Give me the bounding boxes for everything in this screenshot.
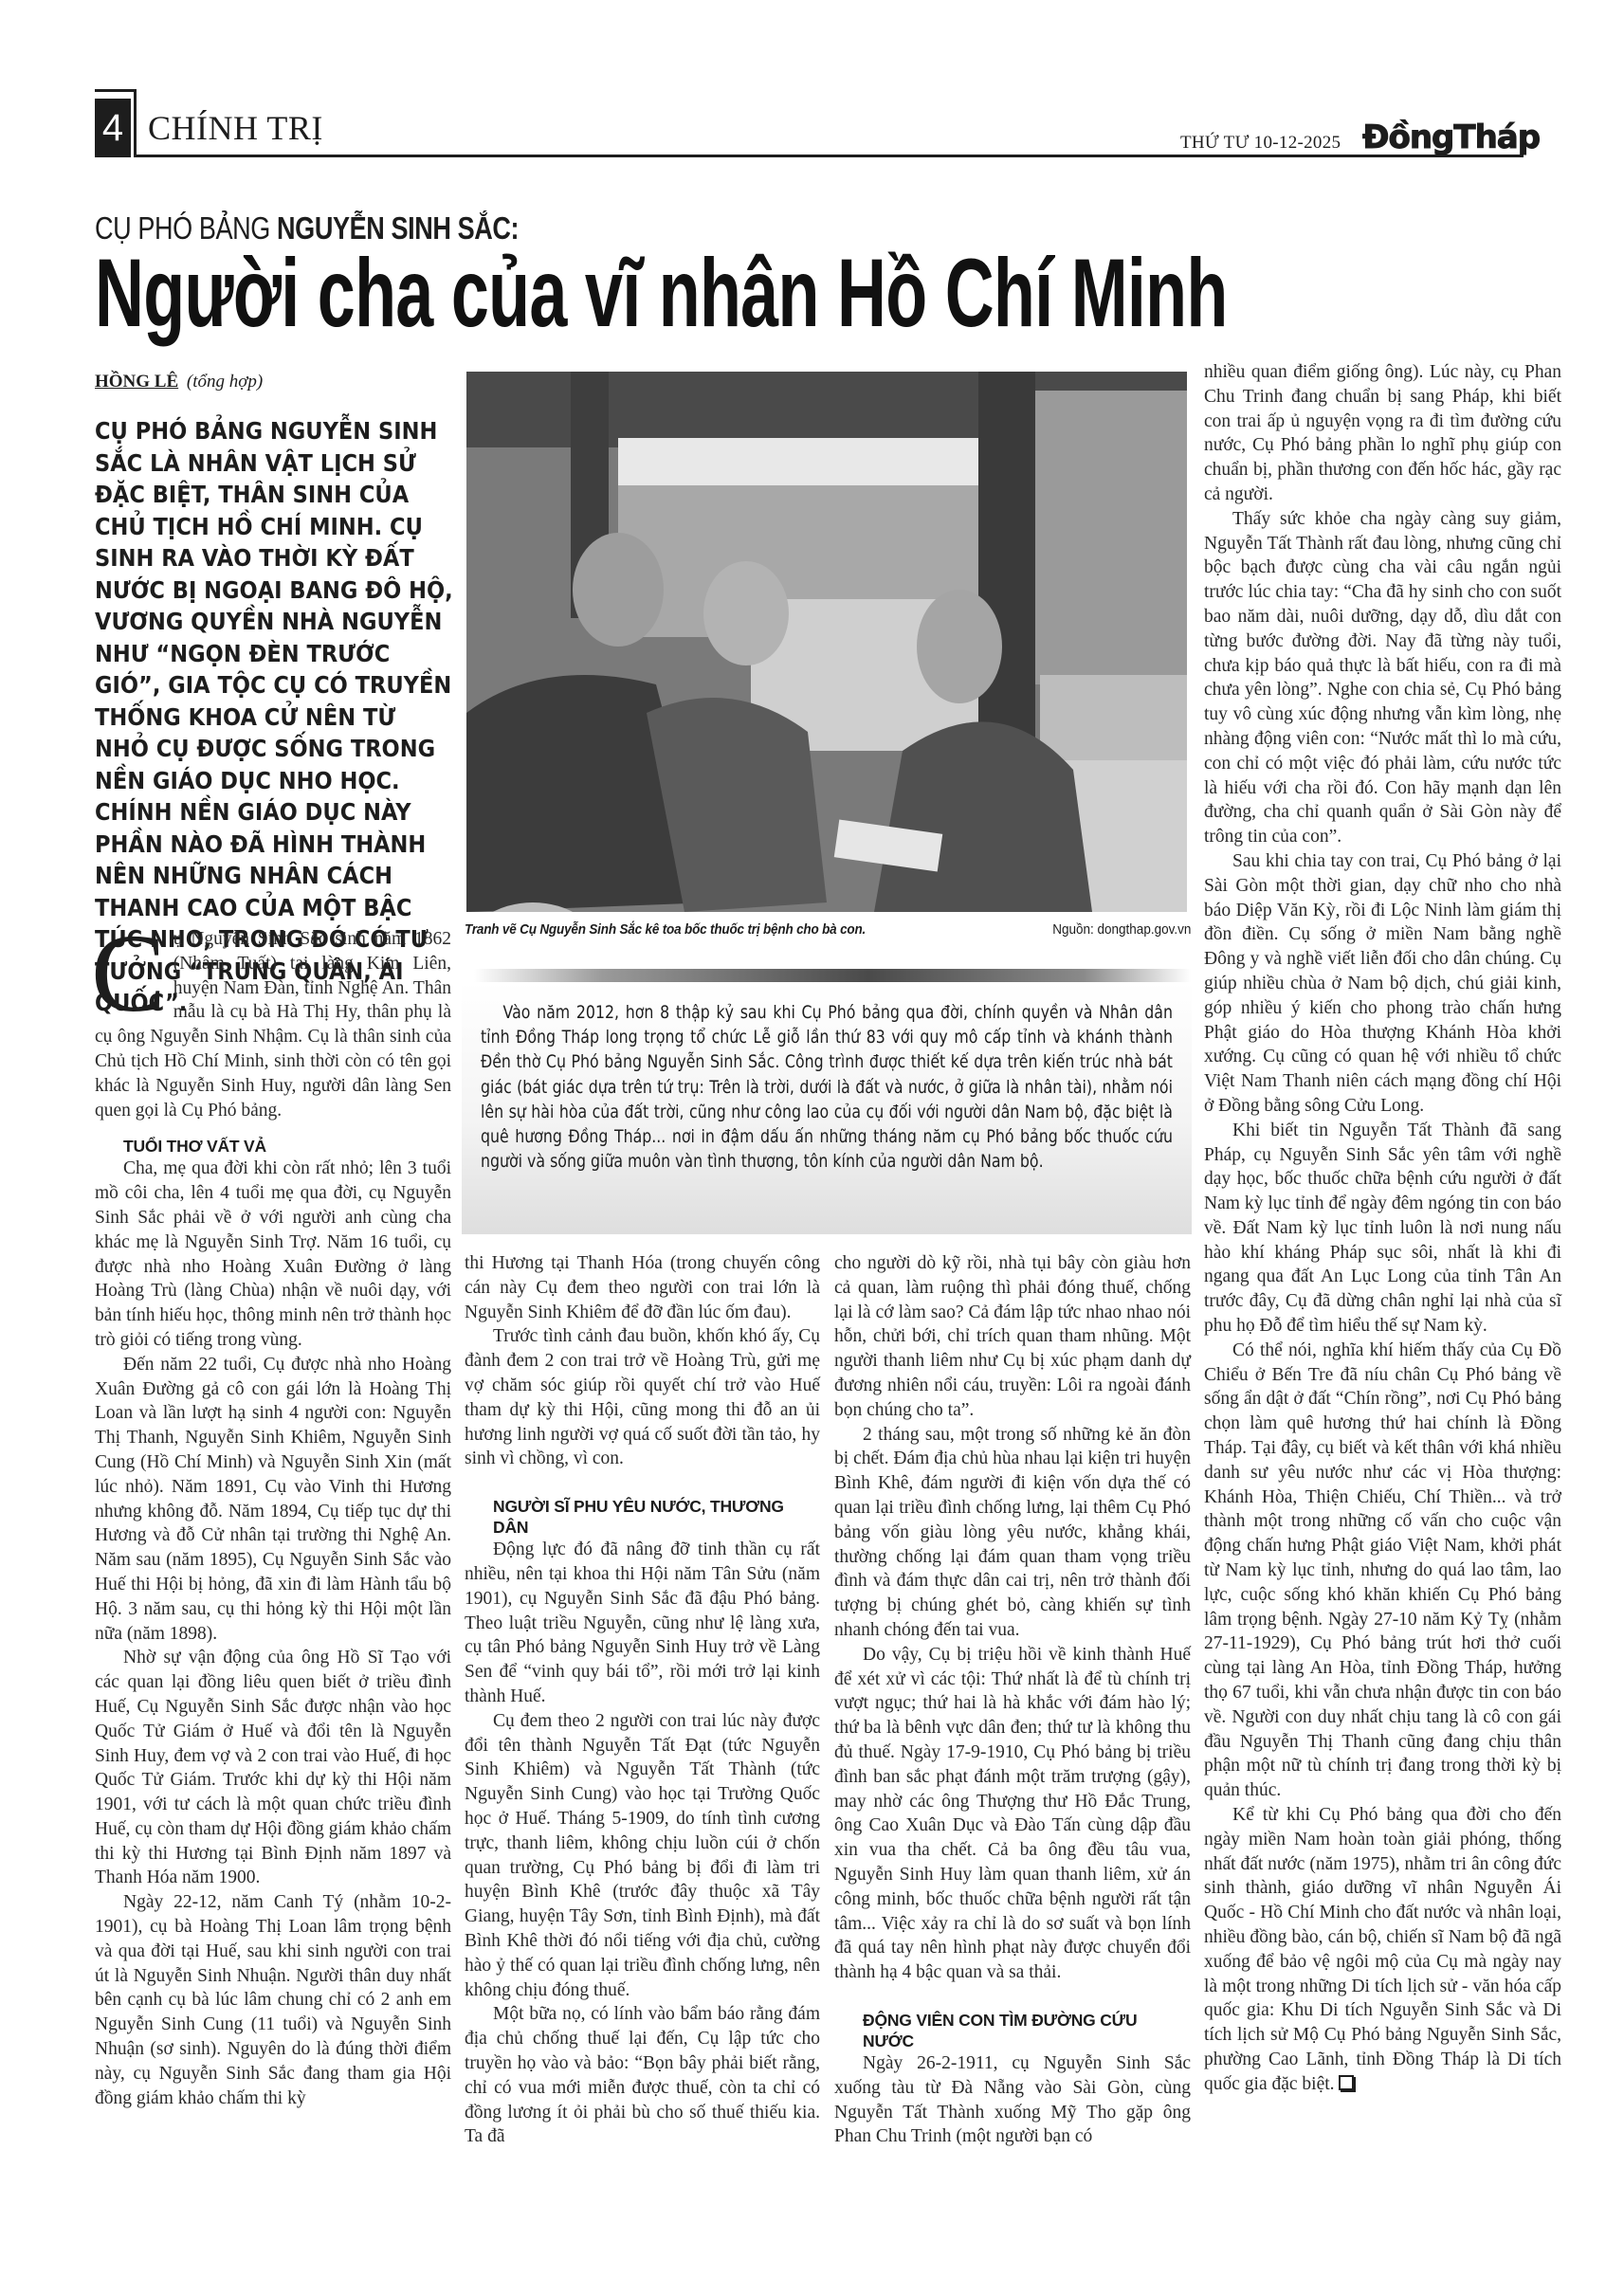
subheading-si-phu: NGƯỜI SĨ PHU YÊU NƯỚC, THƯƠNG DÂN <box>493 1496 820 1538</box>
column-2: thi Hương tại Thanh Hóa (trong chuyến cô… <box>465 1251 820 2149</box>
article-headline: Người cha của vĩ nhân Hồ Chí Minh <box>95 245 1228 341</box>
column-3: cho người dò kỹ rồi, nhà tụi bây còn già… <box>834 1251 1191 2149</box>
paragraph: thi Hương tại Thanh Hóa (trong chuyến cô… <box>465 1251 820 1324</box>
highlight-paragraph: Vào năm 2012, hơn 8 thập kỷ sau khi Cụ P… <box>481 1001 1173 1175</box>
paragraph: nhiều quan điểm giống ông). Lúc này, cụ … <box>1204 360 1561 507</box>
paragraph: Cụ đem theo 2 người con trai lúc này đượ… <box>465 1709 820 2003</box>
caption-source: Nguồn: dongthap.gov.vn <box>1052 921 1191 938</box>
paragraph: Ngày 22-12, năm Canh Tý (nhằm 10-2-1901)… <box>95 1890 451 2110</box>
paragraph: Một bữa nọ, có lính vào bẩm báo rằng đám… <box>465 2002 820 2149</box>
header-decor-line <box>95 89 135 92</box>
painting-image <box>466 372 1187 912</box>
caption-text: Tranh vẽ Cụ Nguyễn Sinh Sắc kê toa bốc t… <box>465 921 866 938</box>
highlight-box-bar <box>474 969 1191 982</box>
header-decor-vline <box>134 89 137 157</box>
paragraph: cho người dò kỹ rồi, nhà tụi bây còn già… <box>834 1251 1191 1423</box>
issue-date: THỨ TƯ 10-12-2025 <box>1180 133 1341 154</box>
paragraph: Có thể nói, nghĩa khí hiếm thấy của Cụ Đ… <box>1204 1339 1561 1803</box>
paragraph: Sau khi chia tay con trai, Cụ Phó bảng ở… <box>1204 849 1561 1119</box>
lead-paragraph: Cụ Nguyễn Sinh Sắc sinh năm 1862 (Nhâm T… <box>95 927 451 1122</box>
paragraph: Thấy sức khỏe cha ngày càng suy giảm, Ng… <box>1204 507 1561 849</box>
byline-note: (tổng hợp) <box>187 372 263 392</box>
paragraph: Trước tình cảnh đau buồn, khốn khó ấy, C… <box>465 1324 820 1471</box>
section-title: CHÍNH TRỊ <box>148 108 323 148</box>
subheading-tuoi-tho: TUỔI THƠ VẤT VẢ <box>123 1136 451 1157</box>
header-rule <box>137 155 1524 157</box>
dropcap: C <box>91 931 166 1016</box>
byline: HỒNG LÊ (tổng hợp) <box>95 372 263 392</box>
masthead-logo: ĐồngTháp <box>1362 118 1540 156</box>
paragraph: Cha, mẹ qua đời khi còn rất nhỏ; lên 3 t… <box>95 1157 451 1352</box>
paragraph: Do vậy, Cụ bị triệu hồi về kinh thành Hu… <box>834 1643 1191 1985</box>
paragraph: Đến năm 22 tuổi, Cụ được nhà nho Hoàng X… <box>95 1353 451 1647</box>
highlight-box-text: Vào năm 2012, hơn 8 thập kỷ sau khi Cụ P… <box>481 1001 1173 1175</box>
paragraph: Động lực đó đã nâng đỡ tinh thần cụ rất … <box>465 1538 820 1709</box>
paragraph: Ngày 26-2-1911, cụ Nguyễn Sinh Sắc xuống… <box>834 2051 1191 2149</box>
final-paragraph: Kể từ khi Cụ Phó bảng qua đời cho đến ng… <box>1204 1803 1561 2097</box>
column-4: nhiều quan điểm giống ông). Lúc này, cụ … <box>1204 360 1561 2097</box>
subheading-dong-vien: ĐỘNG VIÊN CON TÌM ĐƯỜNG CỨU NƯỚC <box>863 2010 1191 2051</box>
paragraph: Khi biết tin Nguyễn Tất Thành đã sang Ph… <box>1204 1119 1561 1339</box>
byline-author: HỒNG LÊ <box>95 372 178 392</box>
end-mark-icon <box>1339 2075 1354 2090</box>
photo-caption: Tranh vẽ Cụ Nguyễn Sinh Sắc kê toa bốc t… <box>465 921 1191 938</box>
paragraph: 2 tháng sau, một trong số những kẻ ăn đò… <box>834 1423 1191 1643</box>
page-number: 4 <box>95 99 131 157</box>
final-text: Kể từ khi Cụ Phó bảng qua đời cho đến ng… <box>1204 1805 1561 2094</box>
article-photo <box>466 372 1187 912</box>
paragraph: Nhờ sự vận động của ông Hồ Sĩ Tạo với cá… <box>95 1646 451 1890</box>
column-1: Cụ Nguyễn Sinh Sắc sinh năm 1862 (Nhâm T… <box>95 927 451 2110</box>
